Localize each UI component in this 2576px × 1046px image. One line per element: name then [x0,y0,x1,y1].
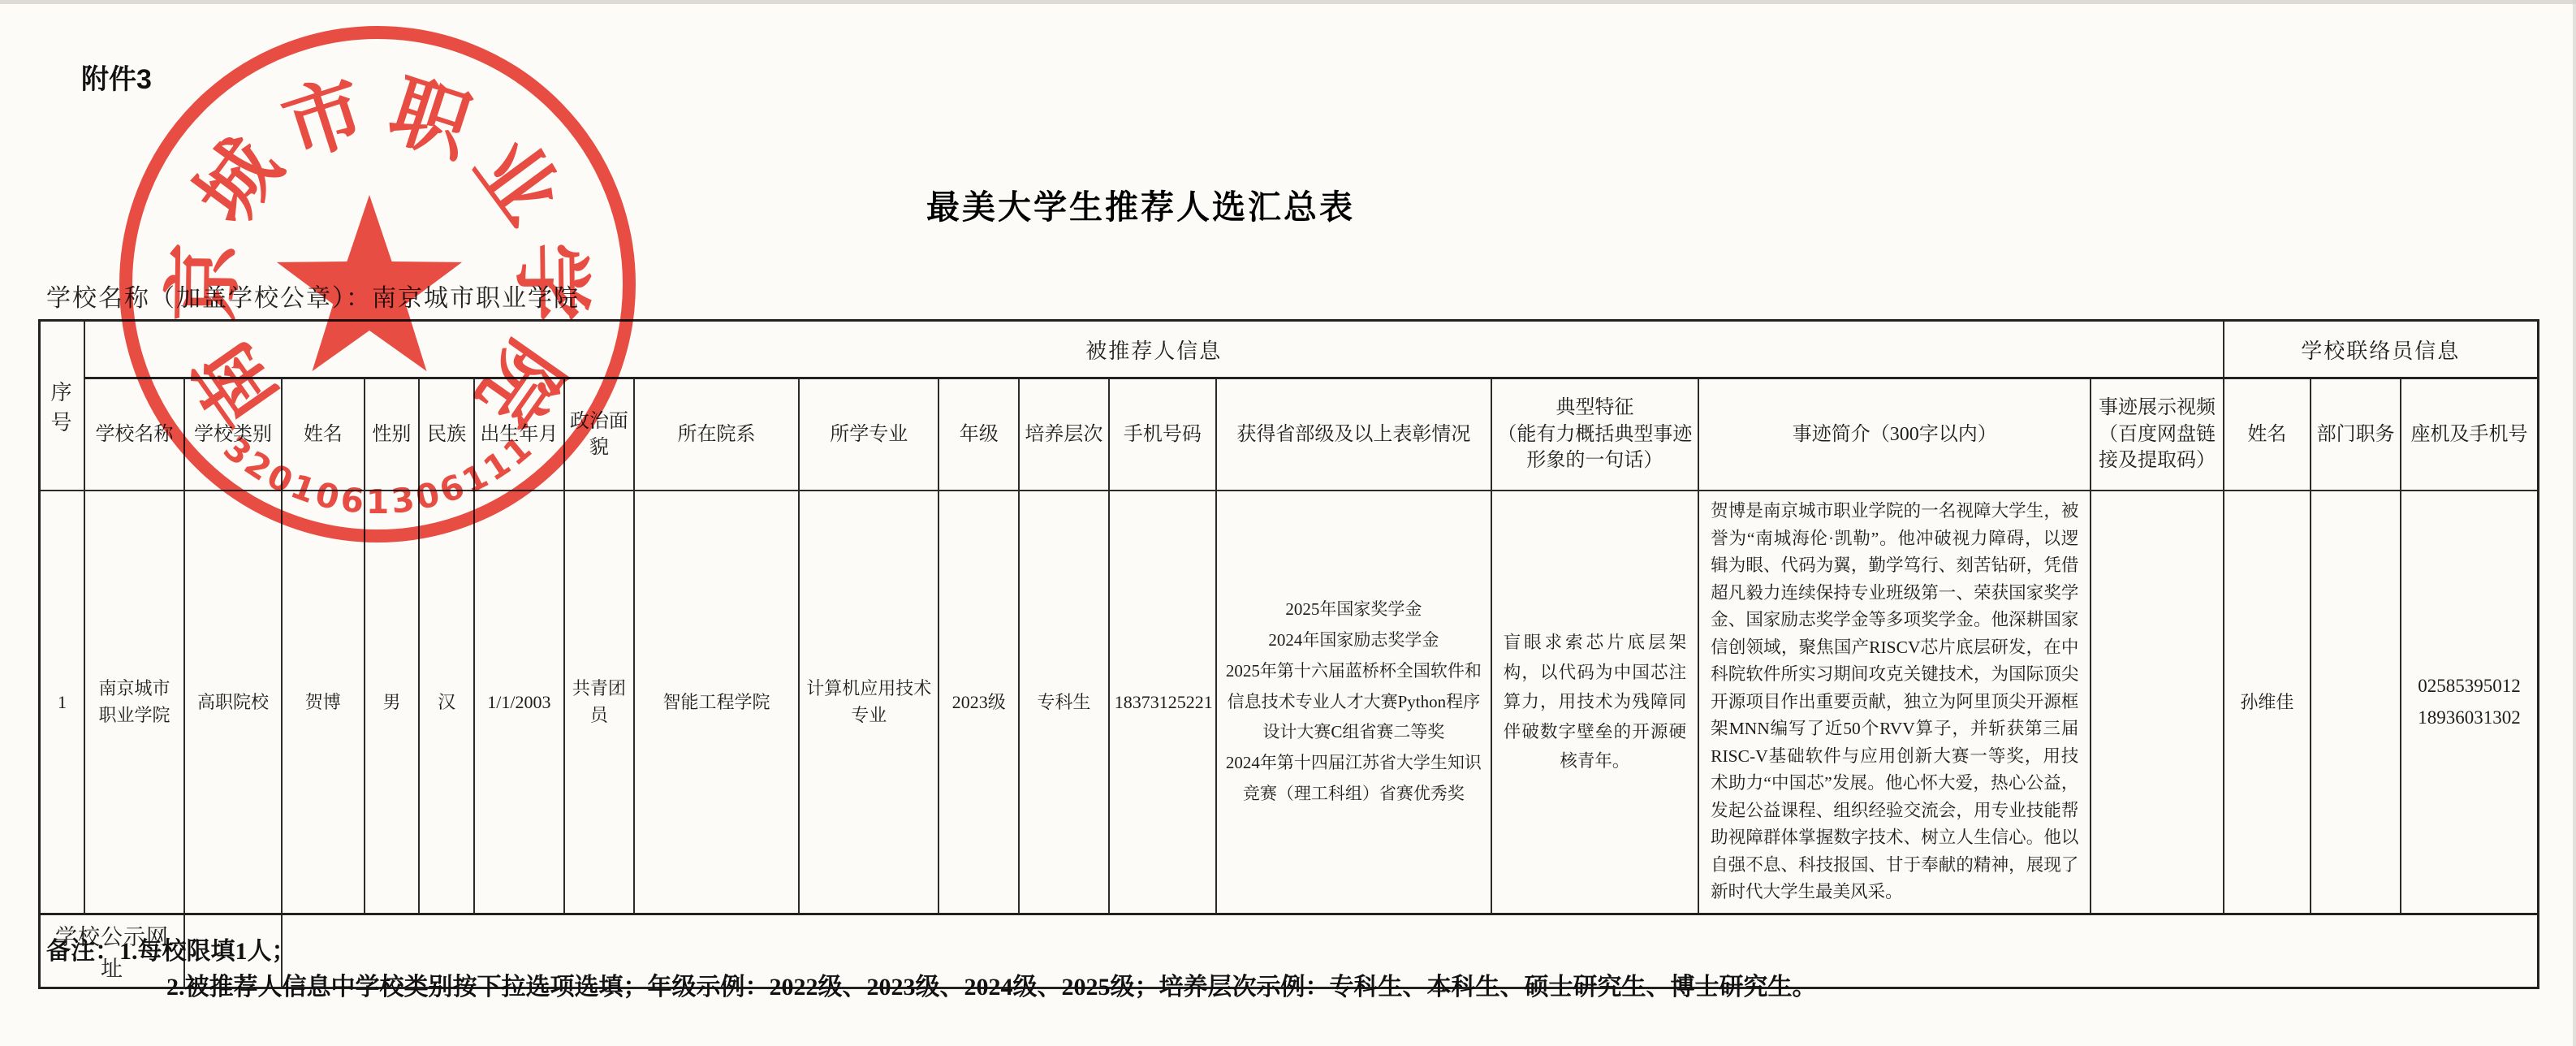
col-header-political: 政治面貌 [564,378,634,491]
remark-line-2: 2.被推荐人信息中学校类别按下拉选项选填；年级示例：2022级、2023级、20… [46,970,1817,1005]
cell-deeds: 贺博是南京城市职业学院的一名视障大学生，被誉为“南城海伦·凯勒”。他冲破视力障碍… [1698,491,2091,914]
col-header-trait: 典型特征 （能有力概括典型事迹形象的一句话） [1491,378,1698,491]
col-header-contact-name: 姓名 [2224,378,2311,491]
col-header-awards: 获得省部级及以上表彰情况 [1216,378,1491,491]
col-header-major: 所学专业 [799,378,938,491]
remarks-block: 备注：1.每校限填1人； 2.被推荐人信息中学校类别按下拉选项选填；年级示例：2… [46,934,1817,1005]
col-header-ethnicity: 民族 [419,378,474,491]
col-header-contact-phone: 座机及手机号 [2401,378,2538,491]
scanned-document-page: 附件3 最美大学生推荐人选汇总表 学校名称（加盖学校公章）：南京城市职业学院 序… [0,0,2576,1046]
cell-phone: 18373125221 [1109,491,1216,914]
col-header-birth: 出生年月 [474,378,564,491]
table-row: 1 南京城市职业学院 高职院校 贺博 男 汉 1/1/2003 共青团员 智能工… [40,491,2539,914]
cell-awards: 2025年国家奖学金 2024年国家励志奖学金 2025年第十六届蓝桥杯全国软件… [1216,491,1491,914]
col-header-xuhao: 序号 [40,321,84,491]
group-header-recommended: 被推荐人信息 [84,321,2224,378]
cell-category: 高职院校 [184,491,282,914]
cell-contact-name: 孙维佳 [2224,491,2311,914]
col-header-name: 姓名 [282,378,365,491]
col-header-contact-title: 部门职务 [2311,378,2401,491]
cell-school: 南京城市职业学院 [84,491,184,914]
col-header-school: 学校名称 [84,378,184,491]
col-header-department: 所在院系 [634,378,799,491]
seal-glyph: 市 [274,66,375,173]
column-header-row: 学校名称 学校类别 姓名 性别 民族 出生年月 政治面貌 所在院系 所学专业 年… [40,378,2539,491]
cell-trait: 盲眼求索芯片底层架构，以代码为中国芯注算力，用技术为残障同伴破数字壁垒的开源硬核… [1491,491,1698,914]
cell-gender: 男 [365,491,420,914]
cell-birth: 1/1/2003 [474,491,564,914]
cell-contact-phone: 02585395012 18936031302 [2401,491,2538,914]
scan-edge-artifact-top [0,0,2576,4]
col-header-phone: 手机号码 [1109,378,1216,491]
cell-political: 共青团员 [564,491,634,914]
group-header-contact: 学校联络员信息 [2224,321,2539,378]
school-name-line: 学校名称（加盖学校公章）：南京城市职业学院 [46,278,580,313]
document-title: 最美大学生推荐人选汇总表 [0,180,2281,228]
cell-xuhao: 1 [40,491,84,914]
cell-level: 专科生 [1019,491,1109,914]
col-header-video: 事迹展示视频（百度网盘链接及提取码） [2091,378,2223,491]
cell-name: 贺博 [282,491,365,914]
group-header-row: 序号 被推荐人信息 学校联络员信息 [40,321,2539,378]
cell-grade: 2023级 [938,491,1018,914]
cell-contact-title [2311,491,2401,914]
scan-edge-artifact-right [2573,0,2576,1046]
summary-table: 序号 被推荐人信息 学校联络员信息 学校名称 学校类别 姓名 性别 民族 出生年… [38,319,2539,989]
col-header-gender: 性别 [365,378,420,491]
cell-major: 计算机应用技术专业 [799,491,938,914]
col-header-level: 培养层次 [1019,378,1109,491]
remark-line-1: 备注：1.每校限填1人； [46,934,1817,970]
cell-department: 智能工程学院 [634,491,799,914]
attachment-label: 附件3 [81,57,152,97]
seal-glyph: 职 [380,66,484,174]
cell-video [2091,491,2223,914]
col-header-deeds: 事迹简介（300字以内） [1698,378,2091,491]
cell-ethnicity: 汉 [419,491,474,914]
col-header-category: 学校类别 [184,378,282,491]
col-header-grade: 年级 [938,378,1018,491]
